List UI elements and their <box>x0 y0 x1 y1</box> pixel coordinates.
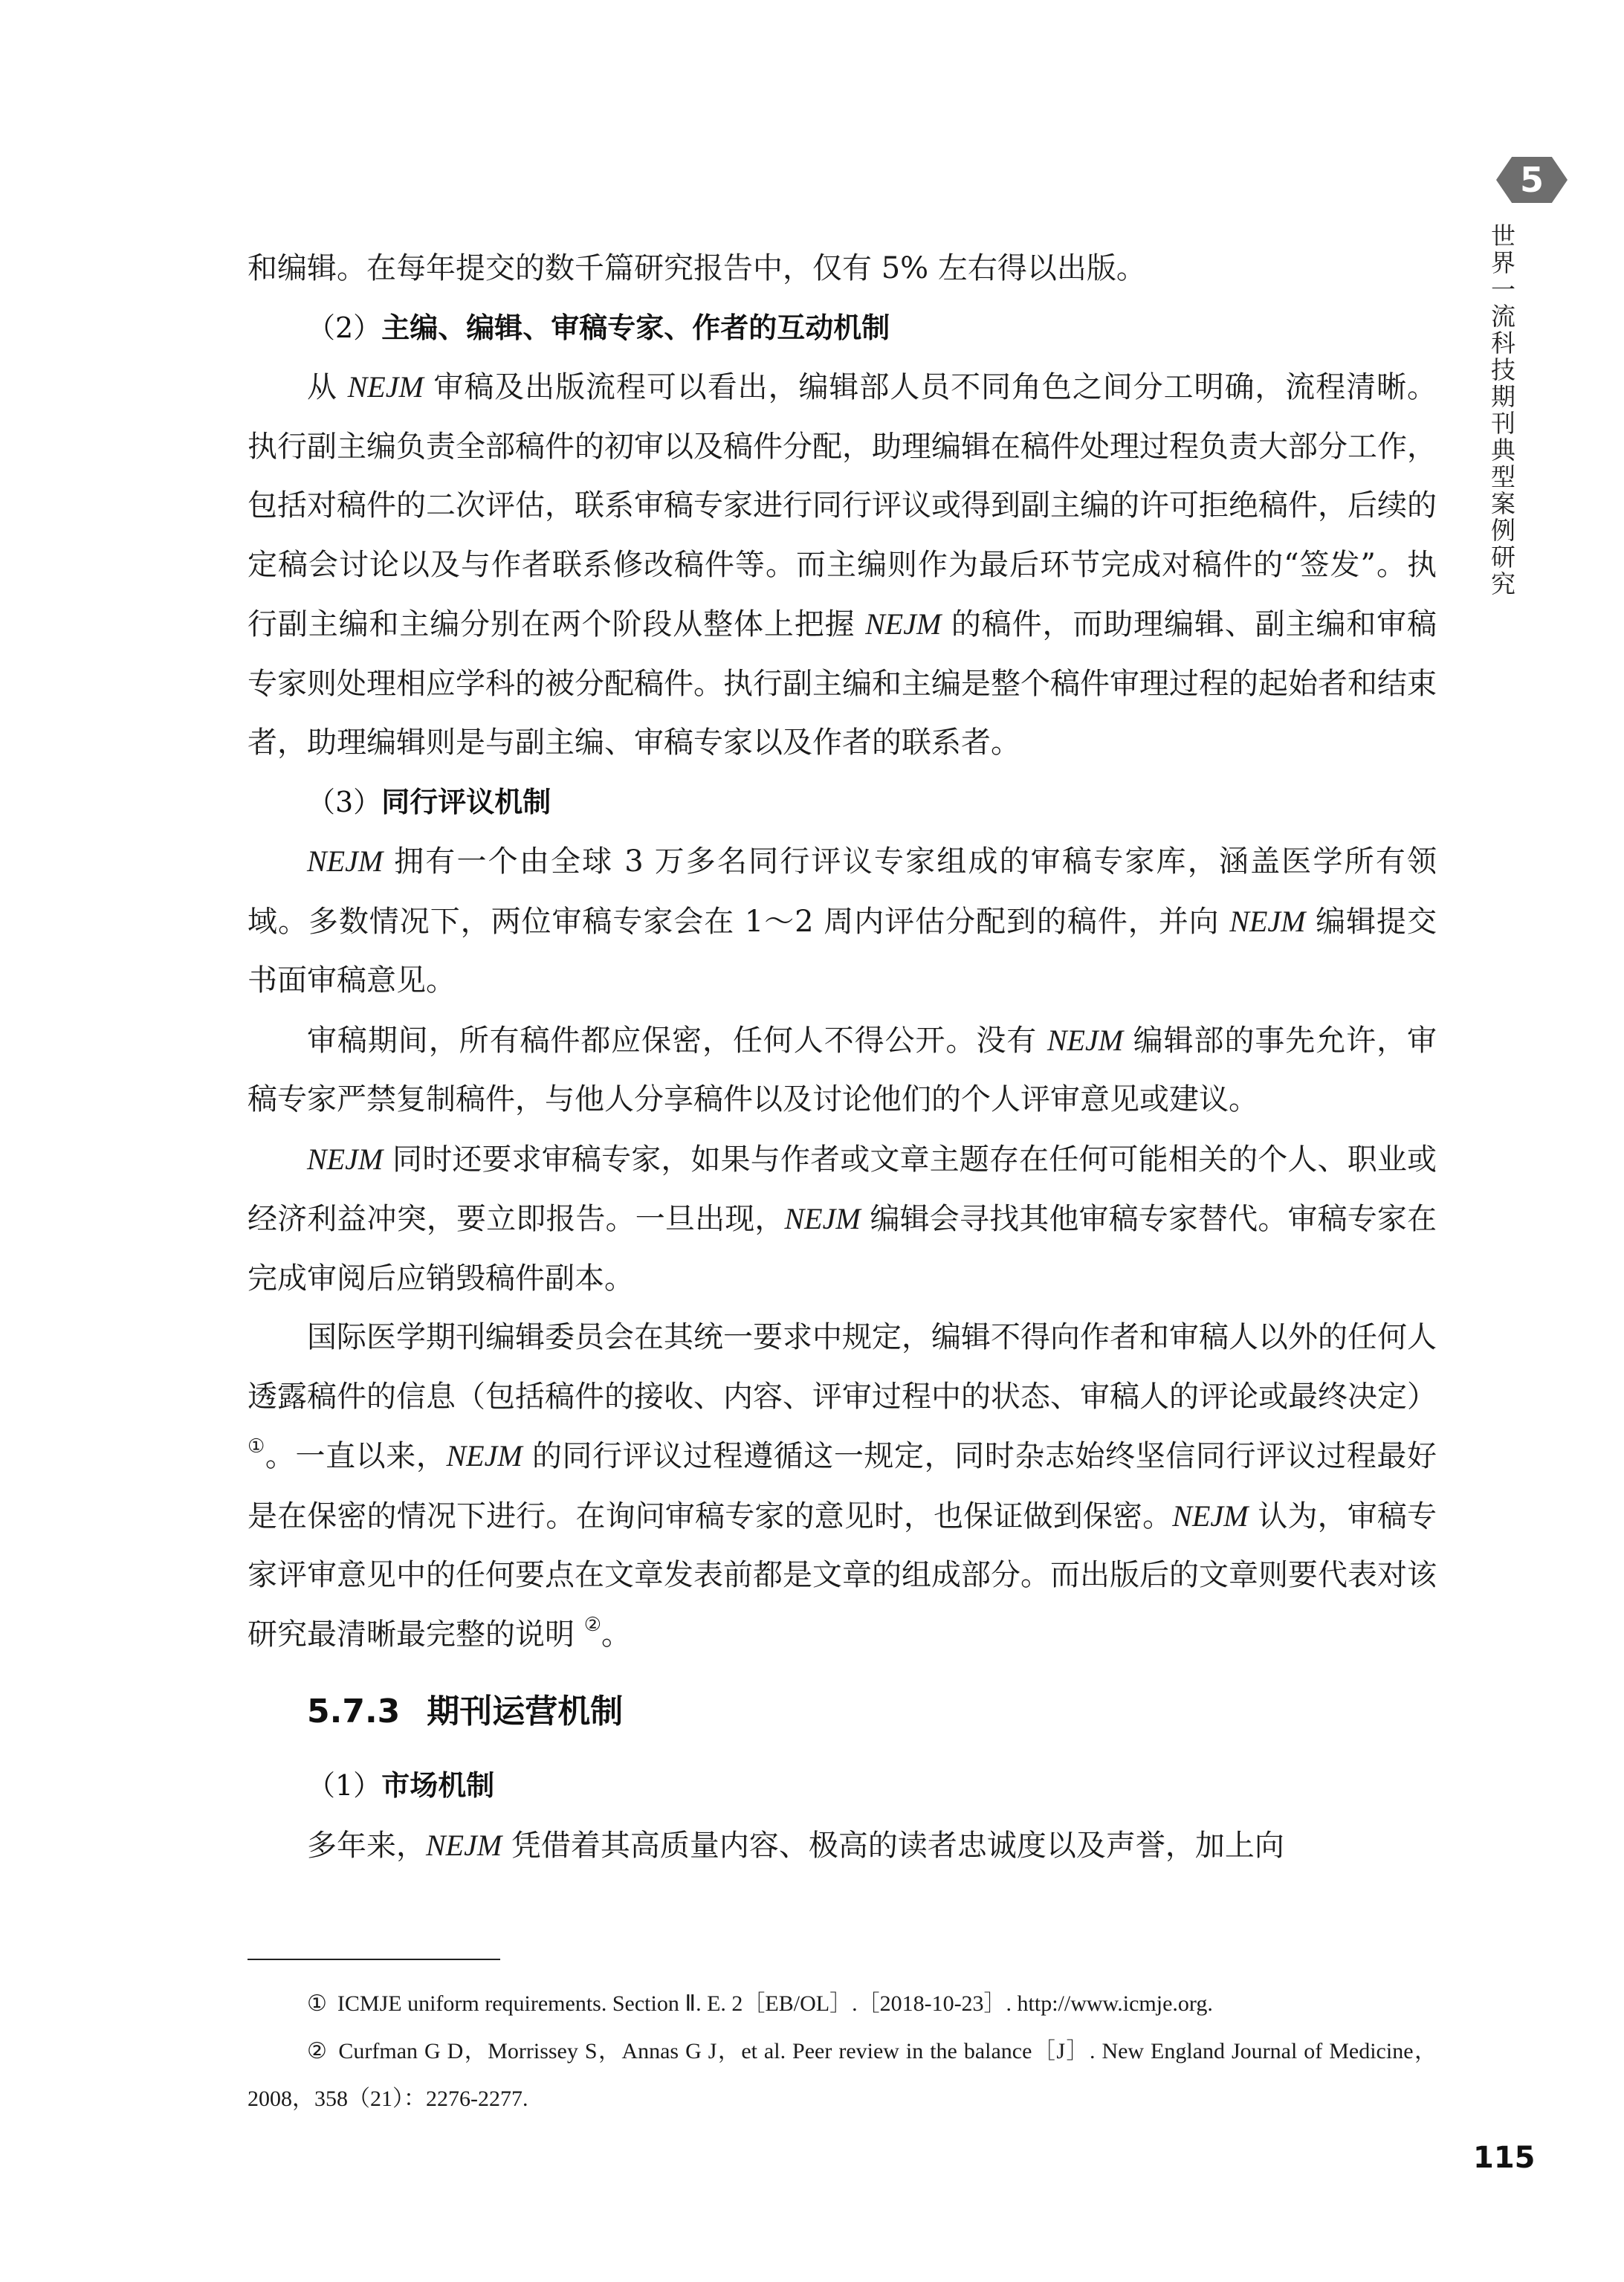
subheading-peer-review: （3）同行评议机制 <box>248 773 1437 833</box>
footnote-1: ①ICMJE uniform requirements. Section Ⅱ. … <box>248 1980 1437 2028</box>
footnote-divider <box>248 1959 500 1960</box>
book-page: 5 世界一流科技期刊典型案例研究 和编辑。在每年提交的数千篇研究报告中，仅有 5… <box>0 0 1624 2282</box>
paragraph-reviewer-pool: NEJM 拥有一个由全球 3 万多名同行评议专家组成的审稿专家库，涵盖医学所有领… <box>248 832 1437 1011</box>
subheading-interaction-mechanism: （2）主编、编辑、审稿专家、作者的互动机制 <box>248 299 1437 358</box>
chapter-badge: 5 <box>1496 157 1568 203</box>
section-heading: 5.7.3期刊运营机制 <box>248 1696 1437 1728</box>
paragraph-roles: 从 NEJM 审稿及出版流程可以看出，编辑部人员不同角色之间分工明确，流程清晰。… <box>248 358 1437 773</box>
main-text: 和编辑。在每年提交的数千篇研究报告中，仅有 5% 左右得以出版。 （2）主编、编… <box>248 239 1437 1875</box>
footnotes: ①ICMJE uniform requirements. Section Ⅱ. … <box>248 1980 1437 2123</box>
page-number: 115 <box>1473 2141 1536 2175</box>
paragraph-confidentiality: 审稿期间，所有稿件都应保密，任何人不得公开。没有 NEJM 编辑部的事先允许，审… <box>248 1011 1437 1130</box>
paragraph-continued: 和编辑。在每年提交的数千篇研究报告中，仅有 5% 左右得以出版。 <box>248 239 1437 299</box>
chapter-number: 5 <box>1520 163 1544 197</box>
footnote-ref-1[interactable]: ① <box>248 1435 265 1458</box>
footnote-2: ②Curfman G D，Morrissey S，Annas G J，et al… <box>248 2028 1437 2123</box>
subheading-market-mechanism: （1）市场机制 <box>248 1756 1437 1816</box>
paragraph-conflict-of-interest: NEJM 同时还要求审稿专家，如果与作者或文章主题存在任何可能相关的个人、职业或… <box>248 1130 1437 1309</box>
paragraph-icmje-rules: 国际医学期刊编辑委员会在其统一要求中规定，编辑不得向作者和审稿人以外的任何人透露… <box>248 1308 1437 1664</box>
paragraph-market: 多年来，NEJM 凭借着其高质量内容、极高的读者忠诚度以及声誉，加上向 <box>248 1816 1437 1876</box>
footnote-ref-2[interactable]: ② <box>584 1614 601 1636</box>
running-title: 世界一流科技期刊典型案例研究 <box>1486 223 1516 598</box>
